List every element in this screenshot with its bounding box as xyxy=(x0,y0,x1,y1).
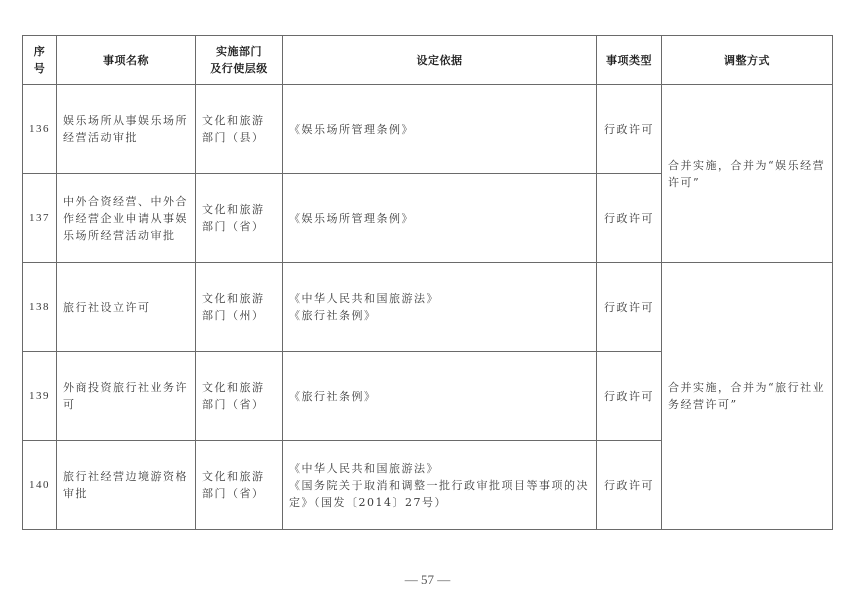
table-row: 138 旅行社设立许可 文化和旅游部门（州） 《中华人民共和国旅游法》 《旅行社… xyxy=(23,263,833,352)
cell-type: 行政许可 xyxy=(597,263,662,352)
header-seq: 序 号 xyxy=(23,36,57,85)
cell-type: 行政许可 xyxy=(597,85,662,174)
basis-line: 《中华人民共和国旅游法》 xyxy=(289,460,590,477)
header-basis: 设定依据 xyxy=(283,36,597,85)
cell-name: 中外合资经营、中外合作经营企业申请从事娱乐场所经营活动审批 xyxy=(57,174,196,263)
basis-line: 《旅行社条例》 xyxy=(289,388,590,405)
header-dept: 实施部门 及行使层级 xyxy=(196,36,283,85)
cell-type: 行政许可 xyxy=(597,174,662,263)
cell-seq: 138 xyxy=(23,263,57,352)
header-seq-line2: 号 xyxy=(29,60,50,77)
cell-name: 外商投资旅行社业务许可 xyxy=(57,352,196,441)
header-type: 事项类型 xyxy=(597,36,662,85)
cell-type: 行政许可 xyxy=(597,352,662,441)
header-adjust: 调整方式 xyxy=(662,36,833,85)
cell-name: 旅行社经营边境游资格审批 xyxy=(57,441,196,530)
cell-adjust-merged: 合并实施，合并为“娱乐经营许可” xyxy=(662,85,833,263)
cell-basis: 《中华人民共和国旅游法》 《国务院关于取消和调整一批行政审批项目等事项的决定》（… xyxy=(283,441,597,530)
cell-basis: 《娱乐场所管理条例》 xyxy=(283,85,597,174)
cell-basis: 《旅行社条例》 xyxy=(283,352,597,441)
header-seq-line1: 序 xyxy=(29,43,50,60)
header-name: 事项名称 xyxy=(57,36,196,85)
cell-seq: 136 xyxy=(23,85,57,174)
basis-line: 《娱乐场所管理条例》 xyxy=(289,121,590,138)
basis-line: 《娱乐场所管理条例》 xyxy=(289,210,590,227)
cell-dept: 文化和旅游部门（省） xyxy=(196,174,283,263)
cell-name: 娱乐场所从事娱乐场所经营活动审批 xyxy=(57,85,196,174)
basis-line: 《中华人民共和国旅游法》 xyxy=(289,290,590,307)
basis-line: 《旅行社条例》 xyxy=(289,307,590,324)
document-page: 序 号 事项名称 实施部门 及行使层级 设定依据 事项类型 调整方式 136 娱… xyxy=(0,0,855,600)
cell-dept: 文化和旅游部门（州） xyxy=(196,263,283,352)
cell-dept: 文化和旅游部门（省） xyxy=(196,352,283,441)
basis-line: 《国务院关于取消和调整一批行政审批项目等事项的决定》（国发〔2014〕27号） xyxy=(289,477,590,511)
header-dept-line2: 及行使层级 xyxy=(202,60,276,77)
cell-dept: 文化和旅游部门（县） xyxy=(196,85,283,174)
cell-adjust-merged: 合并实施，合并为“旅行社业务经营许可” xyxy=(662,263,833,530)
page-number: — 57 — xyxy=(0,572,855,588)
administrative-items-table: 序 号 事项名称 实施部门 及行使层级 设定依据 事项类型 调整方式 136 娱… xyxy=(22,35,833,530)
header-dept-line1: 实施部门 xyxy=(202,43,276,60)
cell-seq: 140 xyxy=(23,441,57,530)
table-header-row: 序 号 事项名称 实施部门 及行使层级 设定依据 事项类型 调整方式 xyxy=(23,36,833,85)
table-row: 136 娱乐场所从事娱乐场所经营活动审批 文化和旅游部门（县） 《娱乐场所管理条… xyxy=(23,85,833,174)
cell-basis: 《中华人民共和国旅游法》 《旅行社条例》 xyxy=(283,263,597,352)
cell-name: 旅行社设立许可 xyxy=(57,263,196,352)
cell-dept: 文化和旅游部门（省） xyxy=(196,441,283,530)
cell-type: 行政许可 xyxy=(597,441,662,530)
cell-seq: 139 xyxy=(23,352,57,441)
cell-basis: 《娱乐场所管理条例》 xyxy=(283,174,597,263)
cell-seq: 137 xyxy=(23,174,57,263)
